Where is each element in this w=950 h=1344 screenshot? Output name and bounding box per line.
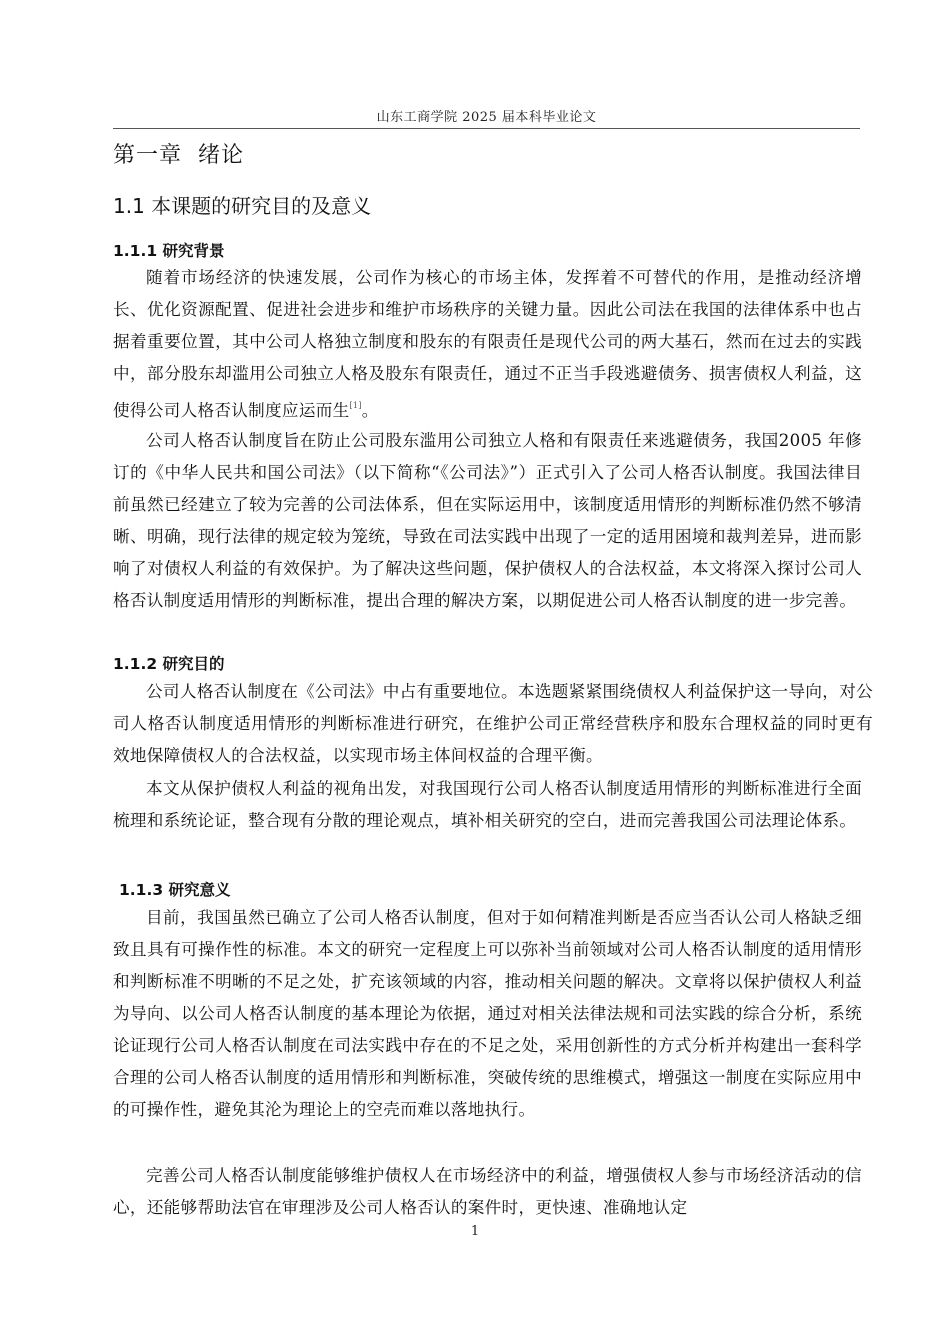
paragraph-significance-2: 完善公司人格否认制度能够维护债权人在市场经济中的利益，增强债权人参与市场经济活动…: [113, 1160, 862, 1224]
paragraph-text: 随着市场经济的快速发展，公司作为核心的市场主体，发挥着不可替代的作用，是推动经济…: [113, 268, 862, 420]
document-page: 山东工商学院 2025 届本科毕业论文 第一章 绪论 1.1 本课题的研究目的及…: [0, 0, 950, 1344]
paragraph-background-1: 随着市场经济的快速发展，公司作为核心的市场主体，发挥着不可替代的作用，是推动经济…: [113, 262, 862, 427]
paragraph-purpose-1: 公司人格否认制度在《公司法》中占有重要地位。本选题紧紧围绕债权人利益保护这一导向…: [113, 676, 873, 772]
chapter-title: 第一章 绪论: [113, 138, 244, 169]
section-title: 1.1 本课题的研究目的及意义: [113, 190, 371, 219]
paragraph-background-2: 公司人格否认制度旨在防止公司股东滥用公司独立人格和有限责任来逃避债务，我国200…: [113, 425, 862, 617]
subsection-title-background: 1.1.1 研究背景: [113, 239, 225, 261]
running-header: 山东工商学院 2025 届本科毕业论文: [113, 106, 860, 125]
paragraph-significance-1: 目前，我国虽然已确立了公司人格否认制度，但对于如何精准判断是否应当否认公司人格缺…: [113, 902, 862, 1126]
citation-marker[interactable]: [1]: [350, 401, 362, 410]
subsection-title-purpose: 1.1.2 研究目的: [113, 652, 225, 674]
page-number: 1: [0, 1224, 950, 1239]
paragraph-tail: 。: [362, 401, 379, 420]
subsection-title-significance: 1.1.3 研究意义: [119, 878, 231, 900]
header-divider: [113, 128, 860, 129]
paragraph-purpose-2: 本文从保护债权人利益的视角出发，对我国现行公司人格否认制度适用情形的判断标准进行…: [113, 773, 862, 837]
